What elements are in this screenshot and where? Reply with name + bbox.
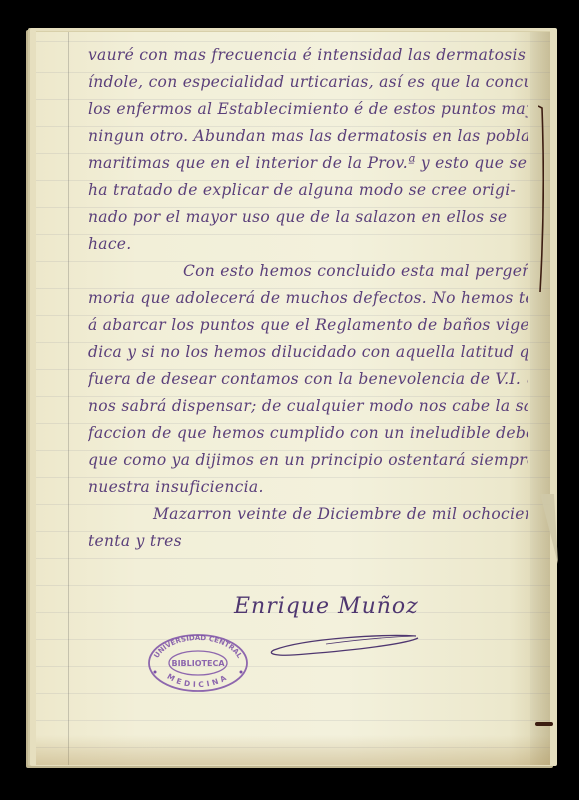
binding-thread-bottom — [535, 722, 553, 726]
binding-thread-icon — [538, 104, 544, 294]
text-line: nos sabrá dispensar; de cualquier modo n… — [88, 393, 528, 420]
svg-text:UNIVERSIDAD CENTRAL: UNIVERSIDAD CENTRAL — [153, 634, 244, 660]
closing-line: tenta y tres — [88, 528, 528, 555]
torn-page-edge-icon — [540, 494, 558, 564]
text-line: nuestra insuficiencia. — [88, 474, 528, 501]
text-line: dica y si no los hemos dilucidado con aq… — [88, 339, 528, 366]
signature: Enrique Muñoz — [234, 594, 419, 619]
text-line: faccion de que hemos cumplido con un ine… — [88, 420, 528, 447]
text-line: moria que adolecerá de muchos defectos. … — [88, 285, 528, 312]
stamp-center-text: BIBLIOTECA — [171, 659, 225, 668]
text-line: ningun otro. Abundan mas las dermatosis … — [88, 123, 528, 150]
text-line: Con esto hemos concluido esta mal pergeñ… — [88, 258, 528, 285]
manuscript-text: vauré con mas frecuencia é intensidad la… — [88, 42, 528, 555]
text-line: índole, con especialidad urticarias, así… — [88, 69, 528, 96]
library-stamp-icon: UNIVERSIDAD CENTRAL BIBLIOTECA MEDICINA — [146, 632, 250, 694]
text-line: hace. — [88, 231, 528, 258]
text-line: los enfermos al Establecimiento é de est… — [88, 96, 528, 123]
closing-line: Mazarron veinte de Diciembre de mil ocho… — [88, 501, 528, 528]
text-line: fuera de desear contamos con la benevole… — [88, 366, 528, 393]
text-line: á abarcar los puntos que el Reglamento d… — [88, 312, 528, 339]
text-line: que como ya dijimos en un principio oste… — [88, 447, 528, 474]
signature-flourish-icon — [266, 630, 426, 658]
manuscript-page: vauré con mas frecuencia é intensidad la… — [36, 31, 550, 765]
text-line: ha tratado de explicar de alguna modo se… — [88, 177, 528, 204]
text-line: vauré con mas frecuencia é intensidad la… — [88, 42, 528, 69]
margin-line — [68, 32, 69, 765]
text-line: nado por el mayor uso que de la salazon … — [88, 204, 528, 231]
text-line: maritimas que en el interior de la Prov.… — [88, 150, 528, 177]
stamp-top-text: UNIVERSIDAD CENTRAL — [153, 634, 244, 660]
